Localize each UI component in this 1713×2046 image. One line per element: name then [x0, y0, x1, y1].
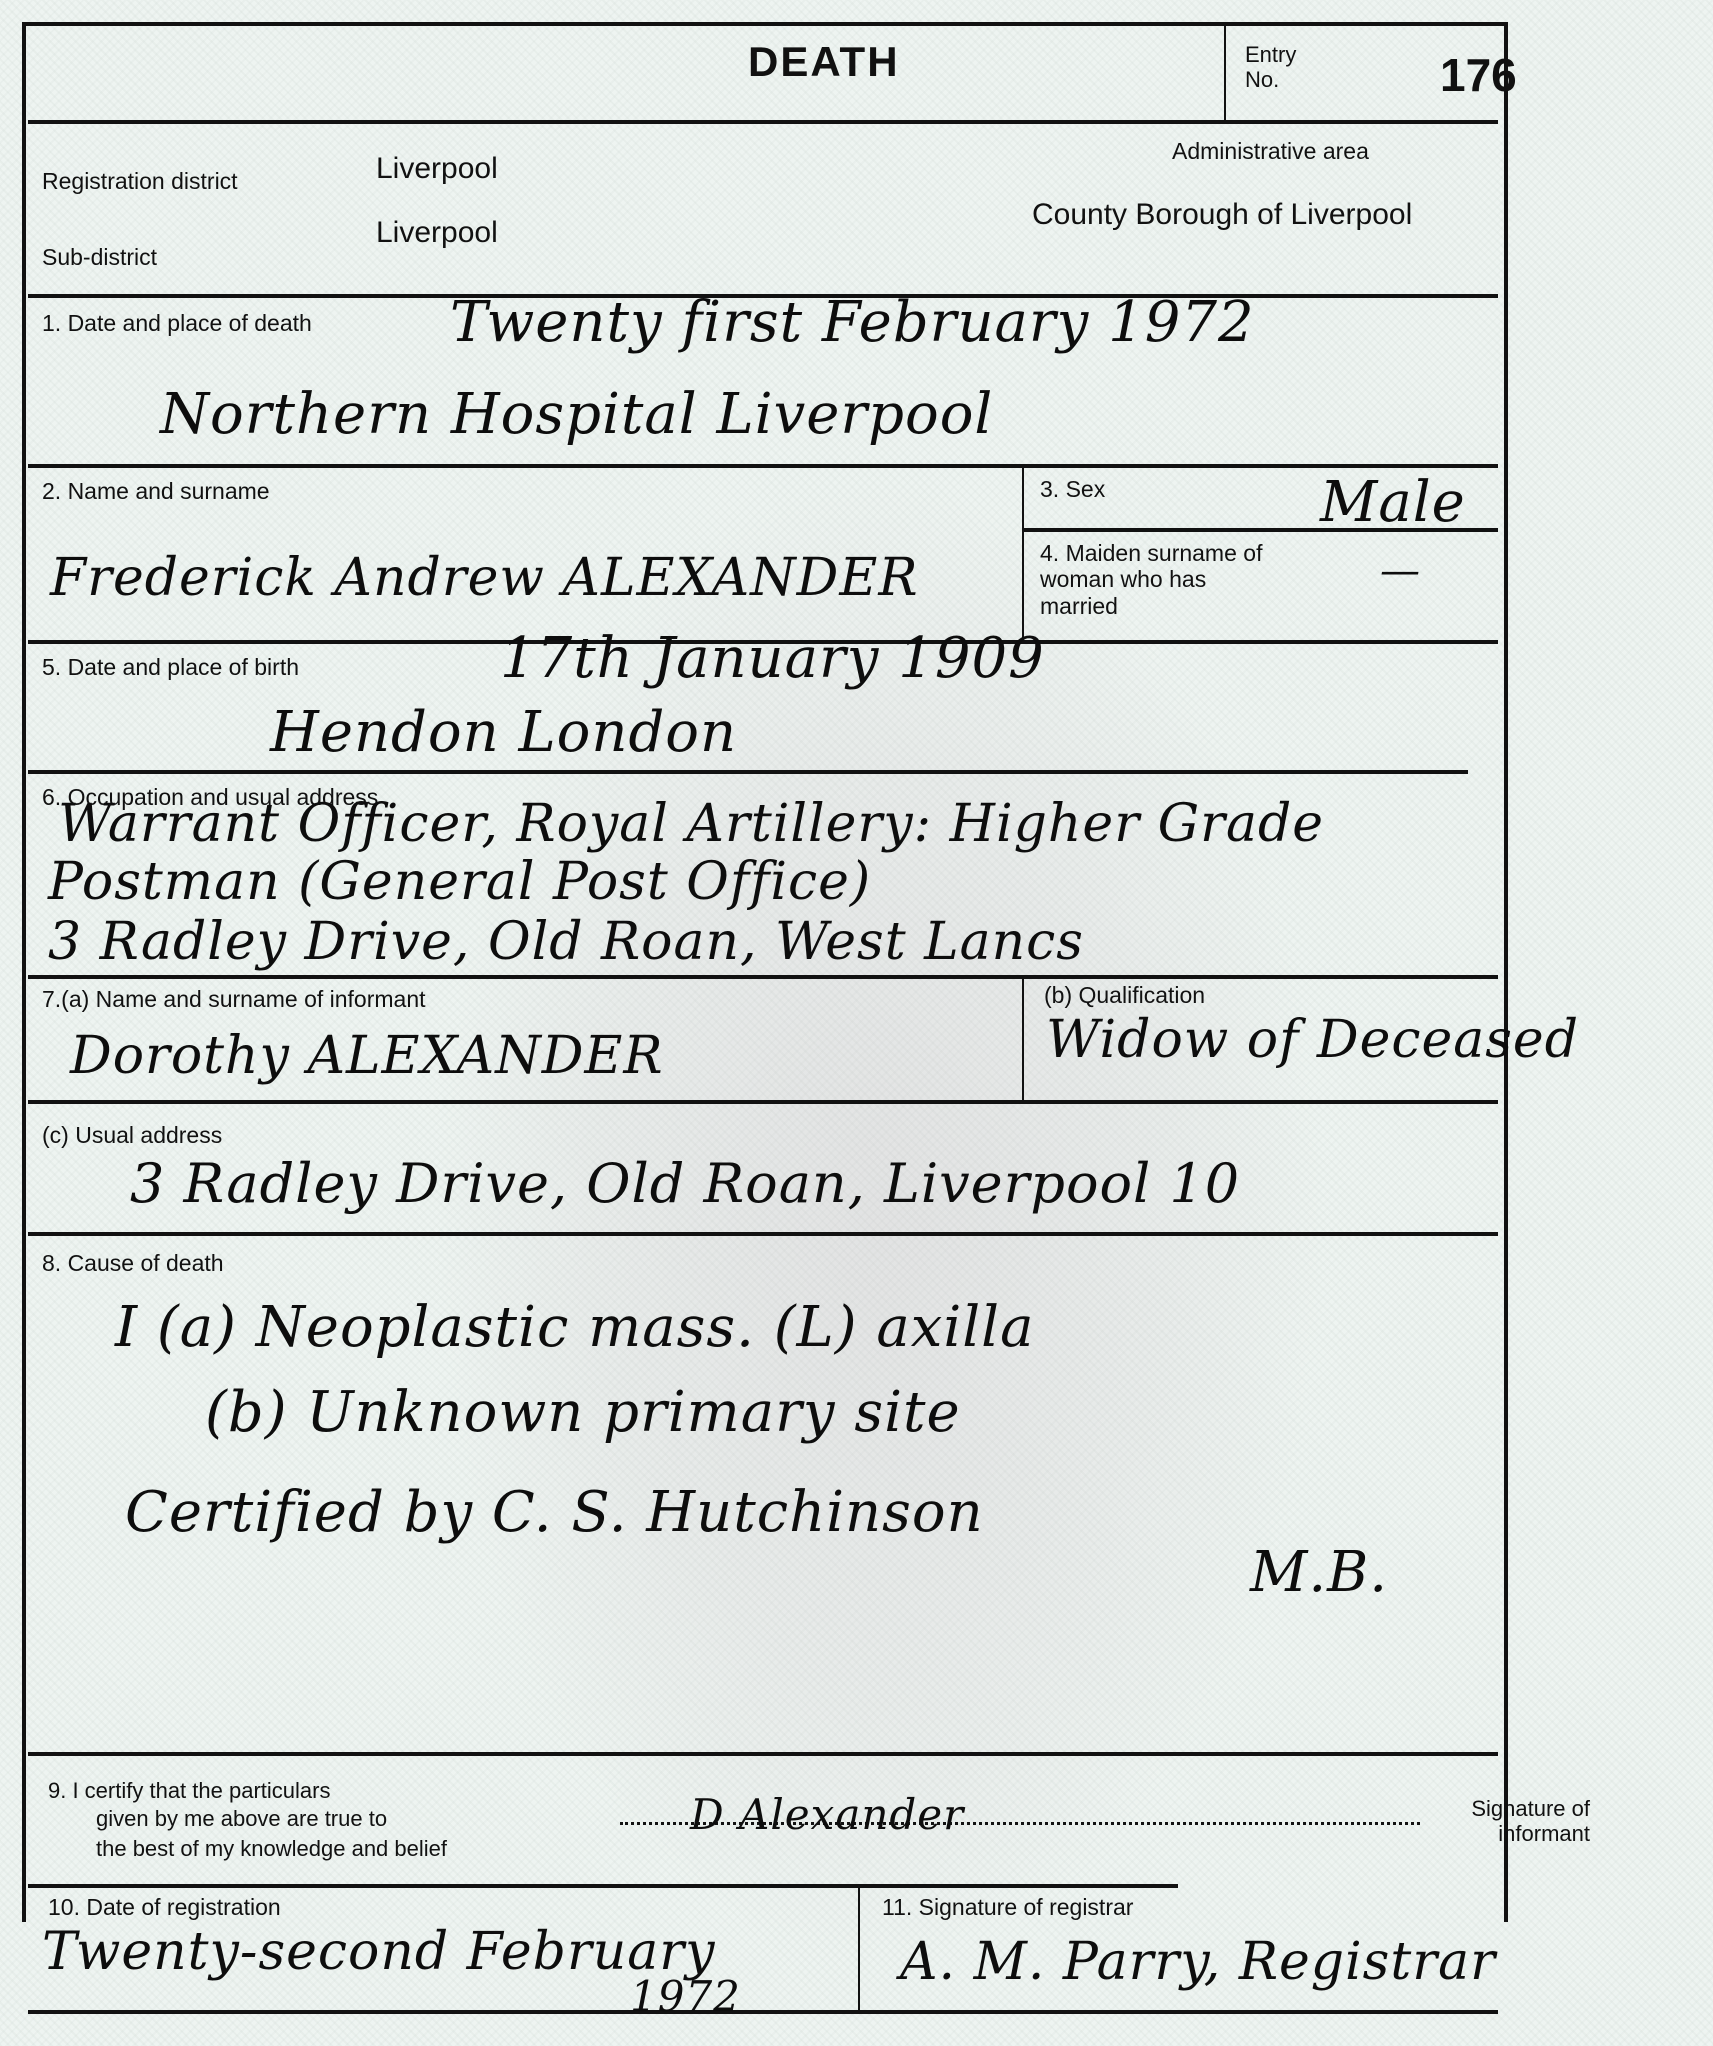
rule-occupation [28, 975, 1498, 979]
registrar-label: 11. Signature of registrar [882, 1894, 1133, 1920]
entry-number-label: Entry No. [1245, 42, 1305, 93]
registration-date-label: 10. Date of registration [48, 1894, 281, 1920]
certified-by: Certified by C. S. Hutchinson [125, 1480, 984, 1545]
informant-address-label: (c) Usual address [42, 1122, 222, 1148]
informant-name: Dorothy ALEXANDER [70, 1026, 664, 1086]
sex-value: Male [1320, 470, 1466, 535]
birth-label: 5. Date and place of birth [42, 654, 299, 680]
divider-sex [1022, 464, 1024, 640]
rule-bottom [28, 2010, 1498, 2014]
registration-year: 1972 [630, 1972, 741, 2021]
registrar-signature: A. M. Parry, Registrar [900, 1932, 1496, 1992]
rule-informant [28, 1100, 1498, 1104]
rule-header [28, 120, 1498, 124]
cause-label: 8. Cause of death [42, 1250, 224, 1276]
divider-registrar [858, 1884, 860, 2010]
sex-label: 3. Sex [1040, 476, 1105, 502]
administrative-area-value: County Borough of Liverpool [1032, 198, 1412, 232]
qualification-label: (b) Qualification [1044, 982, 1205, 1008]
certifier-qualification: M.B. [1250, 1540, 1388, 1605]
certify-label-line2: given by me above are true to [96, 1806, 387, 1831]
sub-district-value: Liverpool [376, 216, 498, 250]
cause-line2: (b) Unknown primary site [205, 1380, 961, 1445]
administrative-area-label: Administrative area [1172, 138, 1369, 164]
rule-informant-address [28, 1232, 1498, 1236]
registration-date: Twenty-second February [42, 1922, 716, 1982]
informant-label: 7.(a) Name and surname of informant [42, 986, 426, 1012]
deceased-name: Frederick Andrew ALEXANDER [50, 548, 919, 608]
occupation-line3: 3 Radley Drive, Old Roan, West Lancs [48, 912, 1084, 972]
death-place: Northern Hospital Liverpool [160, 382, 993, 447]
rule-certify [28, 1884, 1178, 1888]
birth-date: 17th January 1909 [500, 626, 1045, 691]
rule-top [22, 22, 1504, 26]
informant-address: 3 Radley Drive, Old Roan, Liverpool 10 [130, 1152, 1240, 1215]
rule-birth [28, 770, 1468, 774]
death-label: 1. Date and place of death [42, 310, 312, 336]
certificate-title: DEATH [748, 38, 900, 86]
informant-signature: D Alexander [690, 1790, 964, 1839]
registration-district-label: Registration district [42, 168, 238, 194]
qualification-value: Widow of Deceased [1046, 1010, 1579, 1070]
occupation-line1: Warrant Officer, Royal Artillery: Higher… [58, 794, 1324, 854]
certify-label-line1: 9. I certify that the particulars [48, 1778, 330, 1803]
divider-qualification [1022, 975, 1024, 1100]
occupation-line2: Postman (General Post Office) [48, 852, 871, 912]
name-label: 2. Name and surname [42, 478, 270, 504]
divider-entry [1224, 22, 1226, 122]
maiden-surname-label: 4. Maiden surname of woman who has marri… [1040, 540, 1270, 619]
maiden-surname-value: — [1380, 548, 1421, 594]
entry-number: 176 [1440, 48, 1517, 102]
certify-label-line3: the best of my knowledge and belief [96, 1836, 447, 1861]
birth-place: Hendon London [270, 700, 737, 765]
signature-of-informant-label: Signature of informant [1430, 1796, 1590, 1847]
cause-line1: I (a) Neoplastic mass. (L) axilla [115, 1295, 1034, 1360]
death-date: Twenty first February 1972 [450, 290, 1255, 355]
rule-death [28, 464, 1498, 468]
sub-district-label: Sub-district [42, 244, 157, 270]
registration-district-value: Liverpool [376, 152, 498, 186]
rule-cause [28, 1752, 1498, 1756]
